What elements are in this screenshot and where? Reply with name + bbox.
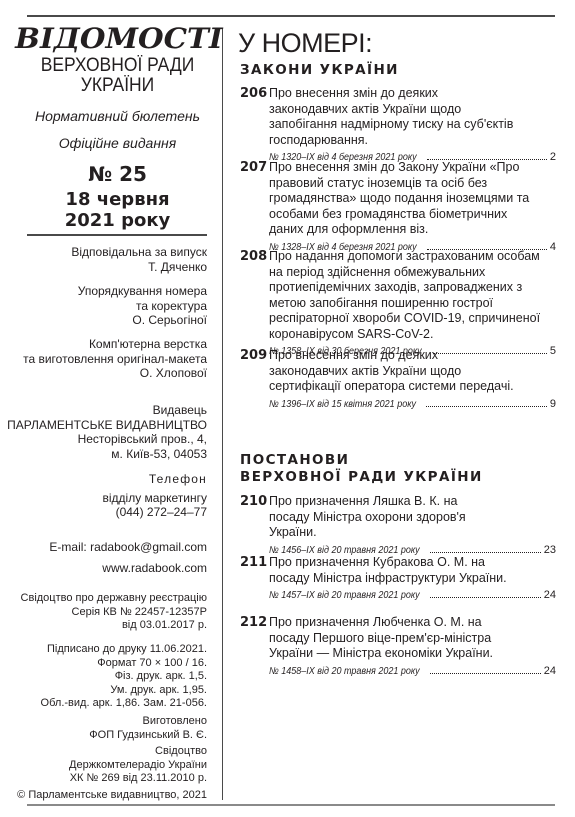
law-number: № 1396–IX від 15 квітня 2021 року: [269, 399, 416, 411]
leader-dots: [430, 673, 540, 674]
column-divider: [222, 28, 223, 800]
section-heading-laws: ЗАКОНИ УКРАЇНИ: [240, 62, 399, 79]
print-order: Обл.-вид. арк. 1,86. Зам. 21-056.: [7, 697, 207, 711]
print-sheets: Фіз. друк. арк. 1,5.: [7, 670, 207, 684]
publisher-address-2: м. Київ-53, 04053: [0, 447, 207, 462]
page-number[interactable]: 24: [544, 665, 556, 677]
registration-line-2: Серія КВ № 22457-12357Р: [7, 606, 207, 620]
ordering-label: Упорядкування номера: [7, 284, 207, 299]
entry-title: Про призначення Кубракова О. М. на посад…: [269, 555, 509, 586]
section-heading-line-2: ВЕРХОВНОЇ РАДИ УКРАЇНИ: [240, 469, 483, 486]
leader-dots: [426, 406, 547, 407]
section-heading-line-1: ПОСТАНОВИ: [240, 452, 483, 469]
print-signed: Підписано до друку 11.06.2021.: [7, 643, 207, 657]
publication-subtitle-2: УКРАЇНИ: [28, 76, 207, 96]
imprint-ordering: Упорядкування номера та коректура О. Сер…: [7, 284, 207, 328]
publication-logo: ВІДОМОСТІ: [15, 24, 220, 54]
section-heading-resolutions: ПОСТАНОВИ ВЕРХОВНОЇ РАДИ УКРАЇНИ: [240, 452, 483, 486]
email-link[interactable]: E-mail: radabook@gmail.com: [7, 540, 207, 555]
toc-entry[interactable]: 211 Про призначення Кубракова О. М. на п…: [240, 555, 556, 602]
imprint-responsible: Відповідальна за випуск Т. Дяченко: [7, 245, 207, 274]
law-number: № 1457–IX від 20 травня 2021 року: [269, 590, 420, 602]
imprint-phone: Телефон відділу маркетингу (044) 272–24–…: [7, 472, 207, 520]
manufactured-label: Виготовлено: [7, 715, 207, 729]
publisher-address-1: Несторівський пров., 4,: [0, 432, 207, 447]
entry-number: 212: [240, 615, 267, 631]
website-link[interactable]: www.radabook.com: [7, 561, 207, 576]
masthead: ВІДОМОСТІ ВЕРХОВНОЇ РАДИ УКРАЇНИ Нормати…: [20, 24, 215, 231]
certificate-issuer: Держкомтелерадіо України: [7, 759, 207, 773]
entry-title: Про надання допомоги застрахованим особа…: [269, 249, 544, 342]
official-label: Офіційне видання: [20, 135, 215, 151]
manufacturer-name: ФОП Гудзинський В. Є.: [7, 729, 207, 743]
entry-title: Про внесення змін до деяких законодавчих…: [269, 348, 519, 395]
bottom-rule: [27, 804, 555, 806]
imprint-publisher: Видавець ПАРЛАМЕНТСЬКЕ ВИДАВНИЦТВО Несто…: [0, 403, 207, 461]
layout-label: Комп'ютерна верстка: [0, 337, 207, 352]
entry-number: 206: [240, 86, 267, 102]
page-number[interactable]: 24: [544, 589, 556, 601]
responsible-label: Відповідальна за випуск: [7, 245, 207, 260]
page-number[interactable]: 9: [550, 398, 556, 410]
imprint-registration: Свідоцтво про державну реєстрацію Серія …: [7, 592, 207, 633]
entry-number: 211: [240, 555, 267, 571]
certificate-label: Свідоцтво: [7, 745, 207, 759]
layout-label-2: та виготовлення оригінал-макета: [0, 352, 207, 367]
imprint-layout: Комп'ютерна верстка та виготовлення ориг…: [0, 337, 207, 381]
certificate-number: ХК № 269 від 23.11.2010 р.: [7, 772, 207, 786]
leader-dots: [430, 597, 540, 598]
entry-title: Про внесення змін до деяких законодавчих…: [269, 86, 519, 148]
issue-number: № 25: [20, 163, 215, 185]
page-number[interactable]: 23: [544, 544, 556, 556]
ordering-name: О. Серьогіної: [7, 313, 207, 328]
toc-entry[interactable]: 209 Про внесення змін до деяких законода…: [240, 348, 556, 411]
imprint-manufacturer: Виготовлено ФОП Гудзинський В. Є. Свідоц…: [7, 715, 207, 802]
entry-number: 210: [240, 494, 267, 510]
registration-line-1: Свідоцтво про державну реєстрацію: [7, 592, 207, 606]
entry-title: Про призначення Ляшка В. К. на посаду Мі…: [269, 494, 489, 541]
law-number: № 1458–IX від 20 травня 2021 року: [269, 666, 420, 678]
toc-entry[interactable]: 212 Про призначення Любченка О. М. на по…: [240, 615, 556, 678]
issue-date-line1: 18 червня: [20, 189, 215, 210]
phone-department: відділу маркетингу: [7, 491, 207, 506]
entry-reference: № 1458–IX від 20 травня 2021 року 24: [269, 665, 556, 678]
entry-title: Про призначення Любченка О. М. на посаду…: [269, 615, 509, 662]
print-conditional-sheets: Ум. друк. арк. 1,95.: [7, 684, 207, 698]
entry-reference: № 1457–IX від 20 травня 2021 року 24: [269, 589, 556, 602]
publisher-label: Видавець: [0, 403, 207, 418]
layout-name: О. Хлопової: [0, 366, 207, 381]
bulletin-label: Нормативний бюлетень: [20, 108, 215, 124]
copyright: © Парламентське видавництво, 2021: [7, 789, 207, 803]
imprint-print-info: Підписано до друку 11.06.2021. Формат 70…: [7, 643, 207, 711]
entry-number: 207: [240, 160, 267, 176]
ordering-label-2: та коректура: [7, 299, 207, 314]
registration-line-3: від 03.01.2017 р.: [7, 619, 207, 633]
phone-number: (044) 272–24–77: [7, 505, 207, 520]
print-format: Формат 70 × 100 / 16.: [7, 657, 207, 671]
toc-entry[interactable]: 210 Про призначення Ляшка В. К. на посад…: [240, 494, 556, 557]
entry-number: 209: [240, 348, 267, 364]
issue-date-line2: 2021 року: [20, 210, 215, 231]
toc-entry[interactable]: 206 Про внесення змін до деяких законода…: [240, 86, 556, 164]
publication-subtitle-1: ВЕРХОВНОЇ РАДИ: [28, 56, 207, 76]
toc-entry[interactable]: 207 Про внесення змін до Закону України …: [240, 160, 556, 254]
leader-dots: [430, 552, 540, 553]
publisher-name: ПАРЛАМЕНТСЬКЕ ВИДАВНИЦТВО: [0, 418, 207, 433]
masthead-rule: [27, 234, 207, 236]
responsible-name: Т. Дяченко: [7, 260, 207, 275]
top-rule: [27, 15, 555, 17]
entry-number: 208: [240, 249, 267, 265]
entry-reference: № 1396–IX від 15 квітня 2021 року 9: [269, 398, 556, 411]
imprint-contacts: E-mail: radabook@gmail.com www.radabook.…: [7, 540, 207, 575]
phone-label: Телефон: [7, 472, 207, 487]
toc-title: У НОМЕРІ:: [238, 28, 372, 58]
entry-title: Про внесення змін до Закону України «Про…: [269, 160, 531, 238]
toc-entry[interactable]: 208 Про надання допомоги застрахованим о…: [240, 249, 556, 358]
